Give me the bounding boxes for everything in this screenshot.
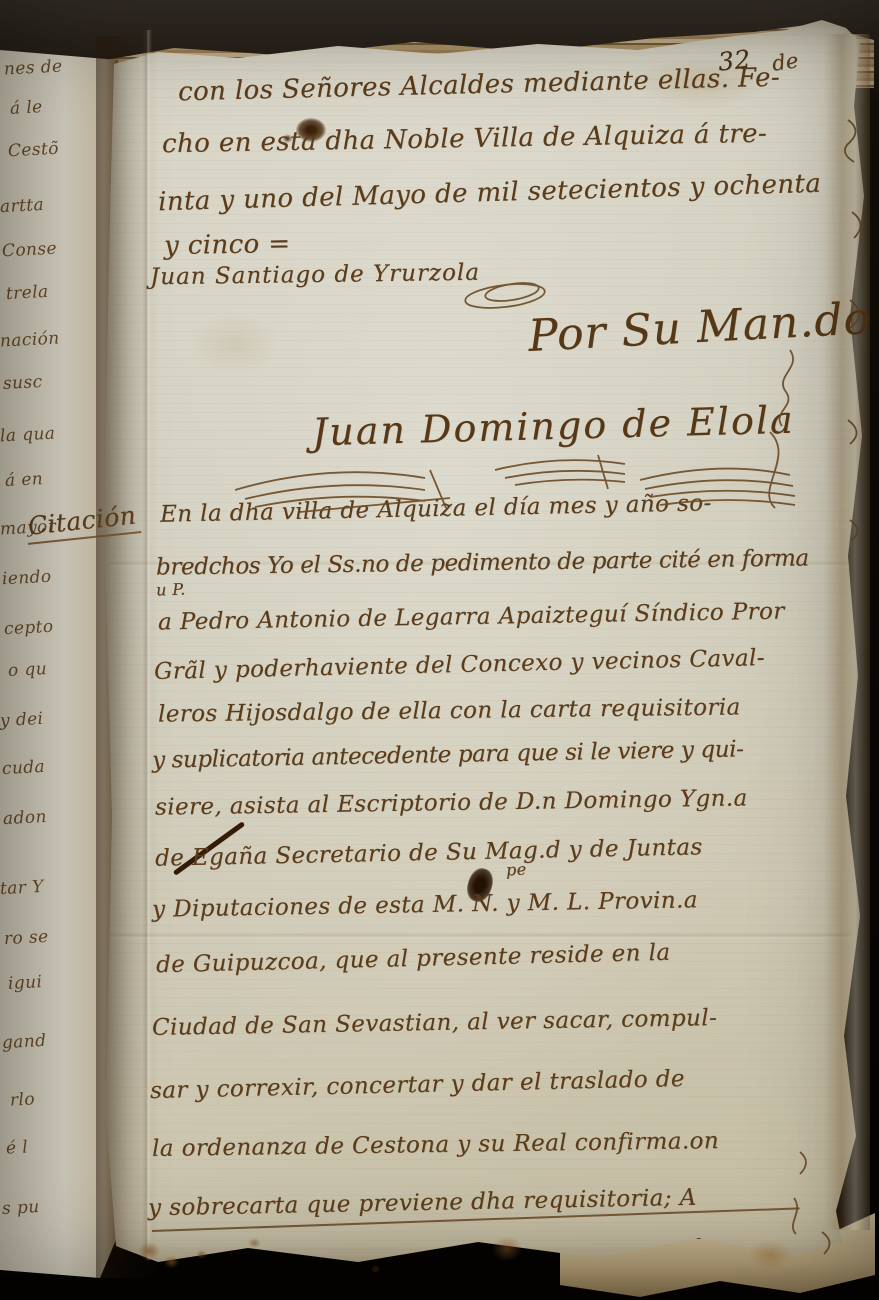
fragment-text: rlo	[9, 1089, 35, 1110]
fragment-text: cepto	[4, 617, 55, 640]
fore-edge-strip	[824, 34, 870, 1230]
fragment-text: la qua	[0, 424, 56, 447]
closing-line: y cinco =	[164, 229, 291, 261]
fragment-text: y dei	[0, 709, 44, 731]
fragment-text: é l	[5, 1137, 28, 1158]
fragment-text: s pu	[2, 1197, 41, 1219]
fragment-text: tar Y	[0, 877, 44, 899]
fragment-text: cuda	[2, 757, 46, 779]
fragment-text: o qu	[8, 659, 48, 681]
horizontal-crease	[110, 932, 850, 940]
manuscript-photo: nes de á le Cestõ artta Conse trela naci…	[0, 0, 879, 1300]
fragment-text: adon	[3, 807, 48, 829]
binding-gutter-shadow	[96, 36, 158, 1278]
ink-speck	[372, 1266, 379, 1272]
fragment-text: nes de	[4, 56, 63, 79]
fragment-text: artta	[0, 195, 45, 217]
fragment-text: gand	[2, 1031, 47, 1053]
fragment-text: á le	[9, 97, 43, 119]
fragment-text: Cestõ	[8, 139, 60, 162]
fragment-text: iendo	[2, 567, 53, 590]
interlineation: u P.	[156, 579, 186, 599]
fragment-text: susc	[3, 372, 44, 394]
fragment-text: Conse	[2, 239, 58, 262]
scribe-signature: Juan Santiago de Yrurzola	[150, 260, 480, 291]
fragment-text: ro se	[4, 927, 50, 949]
fragment-text: trela	[6, 282, 50, 304]
fragment-text: á en	[5, 469, 44, 491]
fragment-text: nación	[0, 328, 60, 351]
fragment-text: igui	[8, 972, 43, 994]
